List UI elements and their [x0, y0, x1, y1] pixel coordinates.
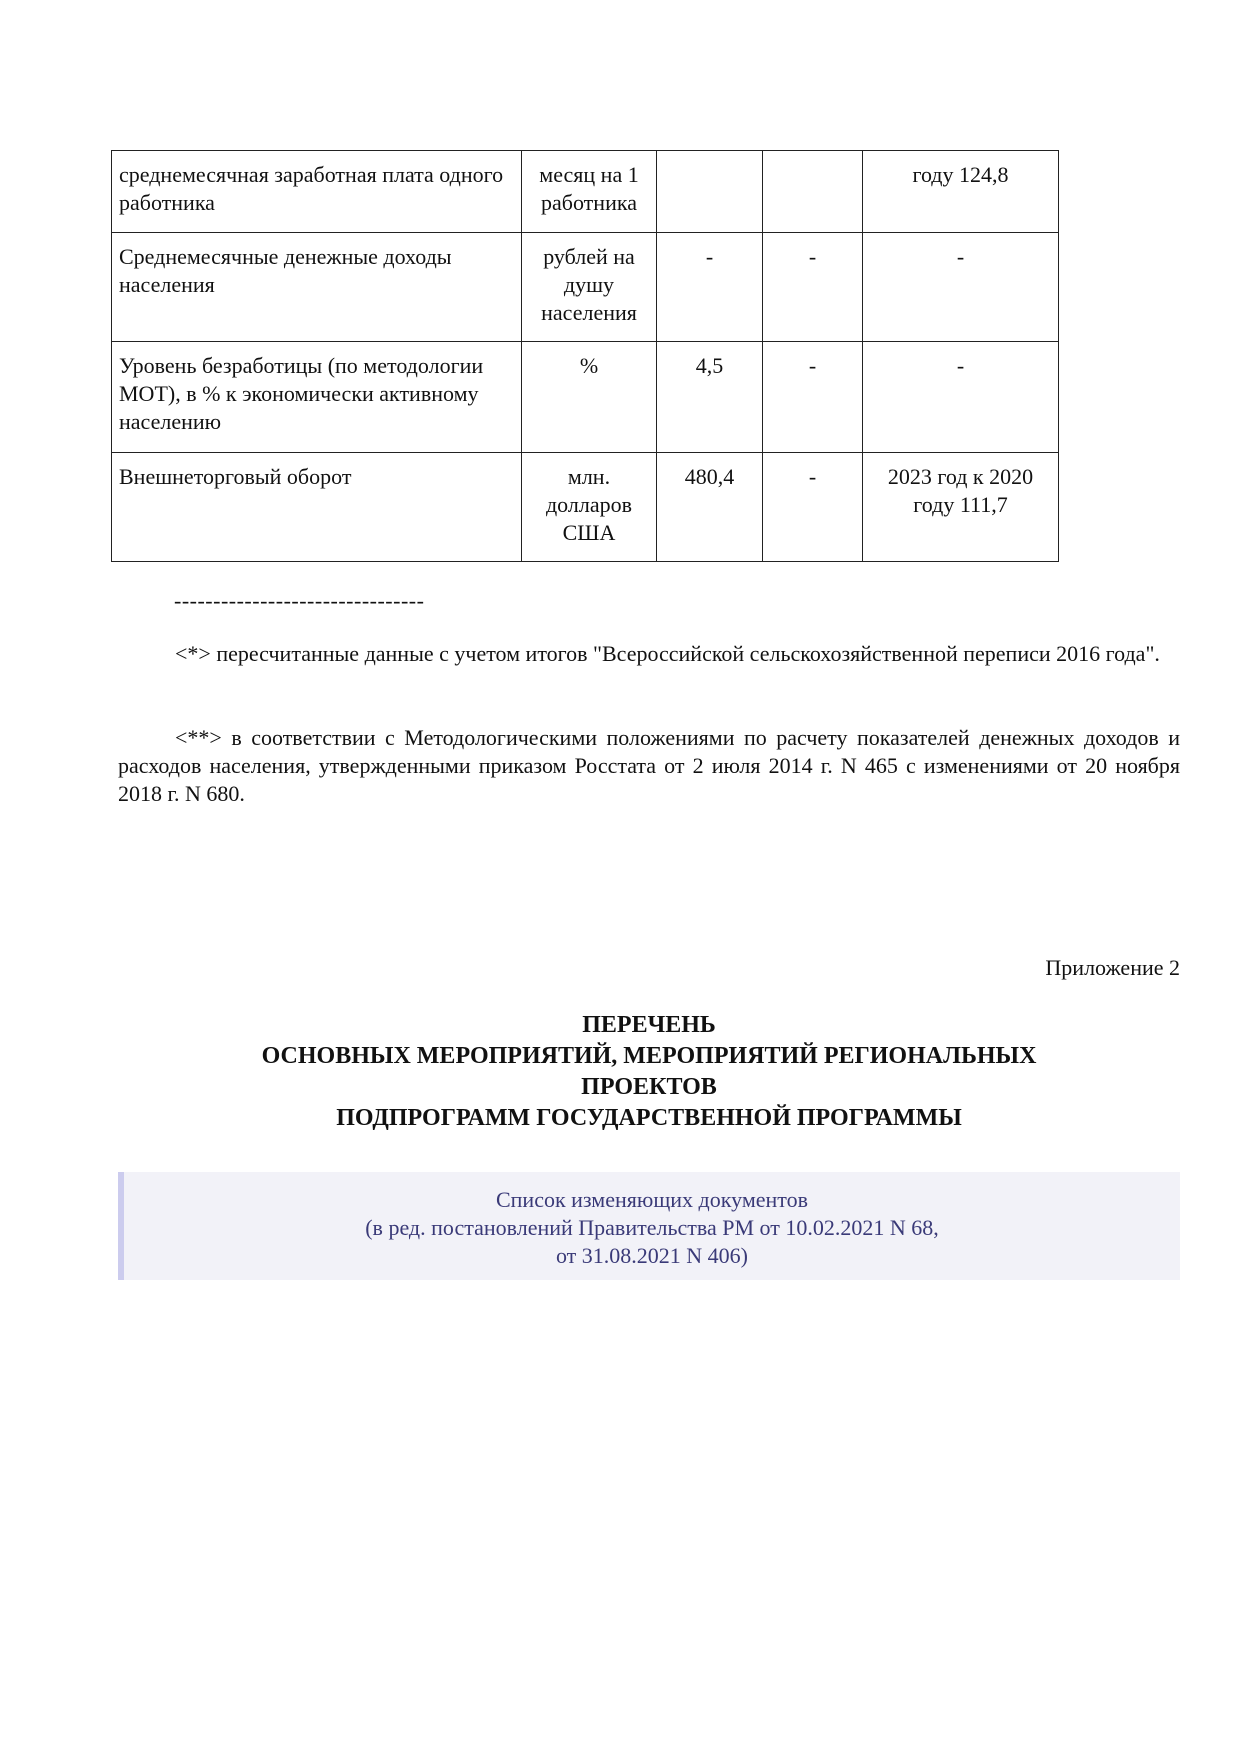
value-cell: 4,5	[657, 342, 763, 453]
value-cell: -	[763, 453, 863, 562]
amending-documents-box: Список изменяющих документов (в ред. пос…	[118, 1172, 1180, 1280]
indicator-cell: среднемесячная заработная плата одного р…	[112, 151, 522, 233]
value-cell: 480,4	[657, 453, 763, 562]
value-cell: -	[657, 233, 763, 342]
indicator-cell: Внешнеторговый оборот	[112, 453, 522, 562]
value-cell: -	[863, 342, 1059, 453]
value-cell: -	[763, 342, 863, 453]
value-cell: -	[763, 233, 863, 342]
appendix-label: Приложение 2	[1045, 954, 1180, 982]
indicator-cell: Среднемесячные денежные доходы населения	[112, 233, 522, 342]
document-page: среднемесячная заработная плата одного р…	[0, 0, 1240, 1754]
indicators-table: среднемесячная заработная плата одного р…	[111, 150, 1059, 562]
title-line: ПЕРЕЧЕНЬ	[118, 1010, 1180, 1041]
table-row: Уровень безработицы (по методологии МОТ)…	[112, 342, 1059, 453]
unit-cell: рублей на душу населения	[522, 233, 657, 342]
table-row: Внешнеторговый оборот млн. долларов США …	[112, 453, 1059, 562]
unit-cell: месяц на 1 работника	[522, 151, 657, 233]
indicator-cell: Уровень безработицы (по методологии МОТ)…	[112, 342, 522, 453]
unit-cell: млн. долларов США	[522, 453, 657, 562]
value-cell: -	[863, 233, 1059, 342]
title-line: ПРОЕКТОВ	[118, 1072, 1180, 1103]
amending-documents-line[interactable]: от 31.08.2021 N 406)	[124, 1242, 1180, 1270]
value-cell: году 124,8	[863, 151, 1059, 233]
value-cell: 2023 год к 2020 году 111,7	[863, 453, 1059, 562]
table-row: Среднемесячные денежные доходы населения…	[112, 233, 1059, 342]
value-cell	[657, 151, 763, 233]
value-cell	[763, 151, 863, 233]
footnote-1: <*> пересчитанные данные с учетом итогов…	[118, 640, 1180, 668]
amending-documents-heading: Список изменяющих документов	[124, 1186, 1180, 1214]
footnote-2: <**> в соответствии с Методологическими …	[118, 724, 1180, 808]
amending-documents-line[interactable]: (в ред. постановлений Правительства РМ о…	[124, 1214, 1180, 1242]
appendix-title: ПЕРЕЧЕНЬ ОСНОВНЫХ МЕРОПРИЯТИЙ, МЕРОПРИЯТ…	[118, 1010, 1180, 1134]
table-row: среднемесячная заработная плата одного р…	[112, 151, 1059, 233]
title-line: ОСНОВНЫХ МЕРОПРИЯТИЙ, МЕРОПРИЯТИЙ РЕГИОН…	[118, 1041, 1180, 1072]
footnote-separator: --------------------------------	[174, 588, 424, 614]
unit-cell: %	[522, 342, 657, 453]
title-line: ПОДПРОГРАММ ГОСУДАРСТВЕННОЙ ПРОГРАММЫ	[118, 1103, 1180, 1134]
